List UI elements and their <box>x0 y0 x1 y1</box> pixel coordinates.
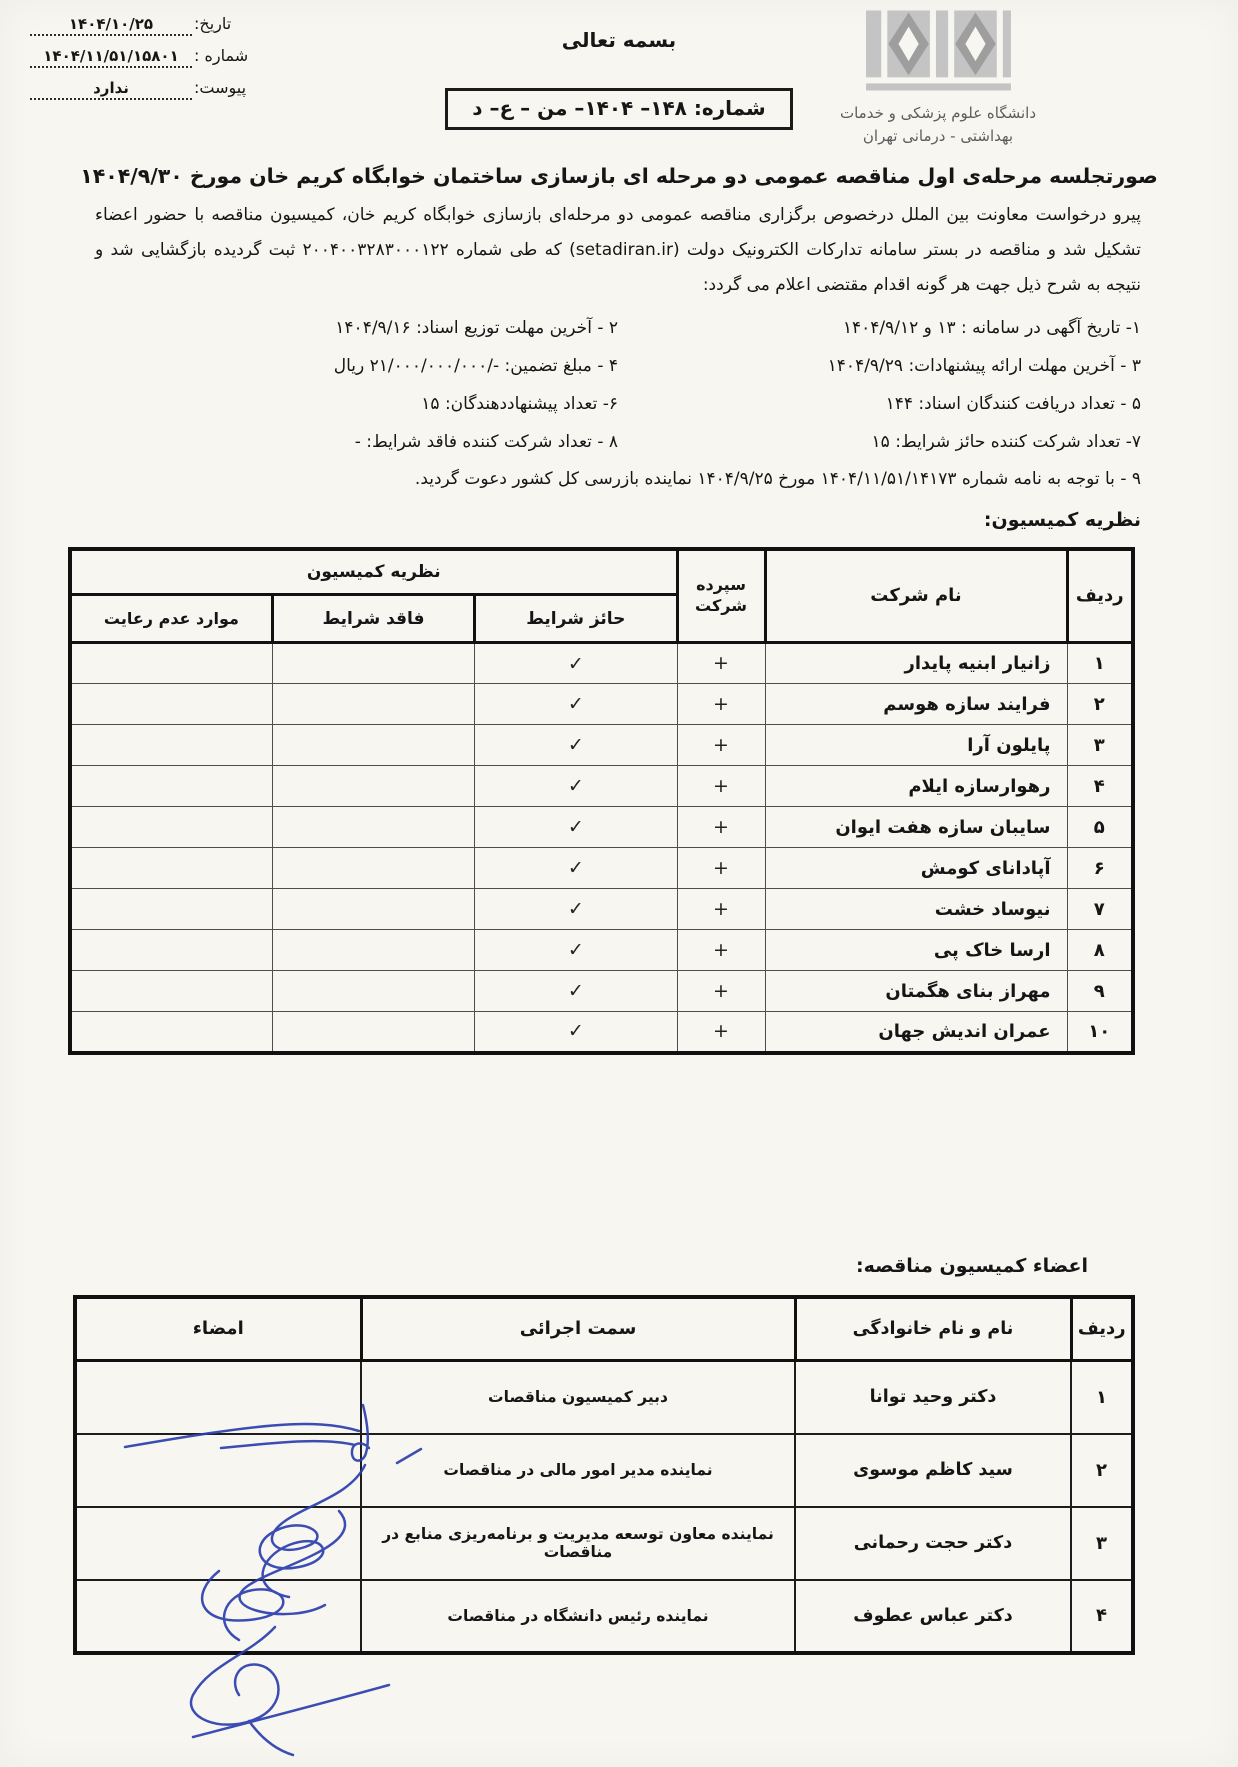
bidder-unqualified-mark <box>272 848 474 889</box>
member-row-number: ۲ <box>1071 1434 1133 1507</box>
bidder-company-name: زانیار ابنیه پایدار <box>765 643 1067 684</box>
header-deposit-line1: سپرده <box>696 575 746 594</box>
bidder-row-number: ۹ <box>1067 971 1133 1012</box>
tender-details-list: ۱- تاریخ آگهی در سامانه : ۱۳ و ۱۴۰۴/۹/۱۲… <box>95 309 1141 461</box>
bidder-row: ۱زانیار ابنیه پایدار+✓ <box>70 643 1133 684</box>
bidder-unqualified-mark <box>272 807 474 848</box>
tender-detail-item: ۴ - مبلغ تضمین: -/۲۱/۰۰۰/۰۰۰/۰۰۰ ریال <box>95 347 618 385</box>
bidder-qualified-mark: ✓ <box>475 930 677 971</box>
member-row: ۱دکتر وحید توانادبیر کمیسیون مناقصات <box>75 1361 1133 1434</box>
bidder-row-number: ۶ <box>1067 848 1133 889</box>
bidder-company-name: آپادانای کومش <box>765 848 1067 889</box>
header-qualified: حائز شرایط <box>475 595 677 643</box>
member-signature-cell <box>75 1361 361 1434</box>
bidder-deposit-mark: + <box>677 930 765 971</box>
tender-detail-item: ۸ - تعداد شرکت کننده فاقد شرایط: - <box>95 423 618 461</box>
member-role: نماینده مدیر امور مالی در مناقصات <box>361 1434 795 1507</box>
bidder-qualified-mark: ✓ <box>475 848 677 889</box>
bidder-row: ۶آپادانای کومش+✓ <box>70 848 1133 889</box>
bidder-unqualified-mark <box>272 1012 474 1053</box>
bidder-row-number: ۷ <box>1067 889 1133 930</box>
checkmark-icon: ✓ <box>568 693 584 715</box>
member-signature-cell <box>75 1507 361 1580</box>
tender-detail-note: ۹ - با توجه به نامه شماره ۱۴۰۴/۱۱/۵۱/۱۴۱… <box>95 463 1141 495</box>
checkmark-icon: ✓ <box>568 1020 584 1042</box>
member-signature-cell <box>75 1580 361 1653</box>
bidder-noncompliance-note <box>70 807 272 848</box>
scanned-document-page: دانشگاه علوم پزشکی و خدمات بهداشتی - درم… <box>0 0 1238 1767</box>
bidder-qualified-mark: ✓ <box>475 807 677 848</box>
checkmark-icon: ✓ <box>568 898 584 920</box>
bidder-company-name: سایبان سازه هفت ایوان <box>765 807 1067 848</box>
plus-mark-icon: + <box>713 693 729 715</box>
bidder-company-name: پایلون آرا <box>765 725 1067 766</box>
letterhead-field-value: ۱۴۰۴/۱۱/۵۱/۱۵۸۰۱ <box>30 47 192 68</box>
bidder-row: ۲فرایند سازه هوسم+✓ <box>70 684 1133 725</box>
bidder-qualified-mark: ✓ <box>475 1012 677 1053</box>
bidder-deposit-mark: + <box>677 848 765 889</box>
checkmark-icon: ✓ <box>568 653 584 675</box>
header-member-role: سمت اجرائی <box>361 1297 795 1361</box>
bidders-table-header: ردیف نام شرکت سپرده شرکت نظریه کمیسیون ح… <box>70 549 1133 643</box>
bidder-deposit-mark: + <box>677 684 765 725</box>
plus-mark-icon: + <box>713 734 729 756</box>
bidder-row: ۳پایلون آرا+✓ <box>70 725 1133 766</box>
bidder-unqualified-mark <box>272 725 474 766</box>
plus-mark-icon: + <box>713 939 729 961</box>
letterhead-field: شماره :۱۴۰۴/۱۱/۵۱/۱۵۸۰۱ <box>30 46 340 68</box>
members-table: ردیف نام و نام خانوادگی سمت اجرائی امضاء… <box>73 1295 1135 1655</box>
checkmark-icon: ✓ <box>568 816 584 838</box>
letterhead-fields: تاریخ:۱۴۰۴/۱۰/۲۵شماره :۱۴۰۴/۱۱/۵۱/۱۵۸۰۱پ… <box>30 14 340 110</box>
letterhead-field-label: تاریخ: <box>194 14 231 33</box>
bidder-deposit-mark: + <box>677 725 765 766</box>
bidder-row: ۹مهراز بنای هگمتان+✓ <box>70 971 1133 1012</box>
bidder-company-name: ارسا خاک پی <box>765 930 1067 971</box>
bidder-row: ۱۰عمران اندیش جهان+✓ <box>70 1012 1133 1053</box>
bismillah-text: بسمه تعالی <box>339 28 899 52</box>
letterhead: دانشگاه علوم پزشکی و خدمات بهداشتی - درم… <box>0 0 1238 158</box>
bidder-noncompliance-note <box>70 725 272 766</box>
bidder-row: ۸ارسا خاک پی+✓ <box>70 930 1133 971</box>
bidder-qualified-mark: ✓ <box>475 889 677 930</box>
bidder-qualified-mark: ✓ <box>475 725 677 766</box>
bidder-company-name: نیوساد خشت <box>765 889 1067 930</box>
bidder-noncompliance-note <box>70 971 272 1012</box>
bidder-row-number: ۸ <box>1067 930 1133 971</box>
bidder-deposit-mark: + <box>677 766 765 807</box>
header-noncompliance: موارد عدم رعایت <box>70 595 272 643</box>
bidder-noncompliance-note <box>70 766 272 807</box>
member-role: نماینده رئیس دانشگاه در مناقصات <box>361 1580 795 1653</box>
plus-mark-icon: + <box>713 857 729 879</box>
plus-mark-icon: + <box>713 1020 729 1042</box>
member-row: ۲سید کاظم موسوینماینده مدیر امور مالی در… <box>75 1434 1133 1507</box>
members-table-body: ۱دکتر وحید توانادبیر کمیسیون مناقصات۲سید… <box>75 1361 1133 1653</box>
bidder-qualified-mark: ✓ <box>475 684 677 725</box>
header-commission-opinion: نظریه کمیسیون <box>70 549 677 595</box>
member-row: ۳دکتر حجت رحمانینماینده معاون توسعه مدیر… <box>75 1507 1133 1580</box>
bidder-row-number: ۳ <box>1067 725 1133 766</box>
member-row-number: ۴ <box>1071 1580 1133 1653</box>
header-member-name: نام و نام خانوادگی <box>795 1297 1071 1361</box>
bidder-unqualified-mark <box>272 766 474 807</box>
header-company-name: نام شرکت <box>765 549 1067 643</box>
bidder-deposit-mark: + <box>677 889 765 930</box>
header-company-deposit: سپرده شرکت <box>677 549 765 643</box>
tender-detail-item: ۳ - آخرین مهلت ارائه پیشنهادات: ۱۴۰۴/۹/۲… <box>618 347 1141 385</box>
checkmark-icon: ✓ <box>568 980 584 1002</box>
letterhead-center: بسمه تعالی شماره: ۱۴۸– ۱۴۰۴– من – ع– د <box>339 28 899 130</box>
header-unqualified: فاقد شرایط <box>272 595 474 643</box>
commission-members-heading: اعضاء کمیسیون مناقصه: <box>0 1255 1088 1277</box>
plus-mark-icon: + <box>713 652 729 674</box>
letterhead-field: پیوست:ندارد <box>30 78 340 100</box>
bidder-company-name: مهراز بنای هگمتان <box>765 971 1067 1012</box>
bidder-unqualified-mark <box>272 889 474 930</box>
bidder-qualified-mark: ✓ <box>475 643 677 684</box>
letterhead-field-value: ۱۴۰۴/۱۰/۲۵ <box>30 15 192 36</box>
checkmark-icon: ✓ <box>568 775 584 797</box>
members-table-header: ردیف نام و نام خانوادگی سمت اجرائی امضاء <box>75 1297 1133 1361</box>
commission-opinion-heading: نظریه کمیسیون: <box>97 509 1141 531</box>
member-row-number: ۳ <box>1071 1507 1133 1580</box>
bidder-row-number: ۲ <box>1067 684 1133 725</box>
bidder-row: ۵سایبان سازه هفت ایوان+✓ <box>70 807 1133 848</box>
member-name: دکتر حجت رحمانی <box>795 1507 1071 1580</box>
tender-detail-item: ۲ - آخرین مهلت توزیع اسناد: ۱۴۰۴/۹/۱۶ <box>95 309 618 347</box>
intro-paragraph: پیرو درخواست معاونت بین الملل درخصوص برگ… <box>95 198 1141 303</box>
member-name: سید کاظم موسوی <box>795 1434 1071 1507</box>
bidder-row: ۷نیوساد خشت+✓ <box>70 889 1133 930</box>
bidder-deposit-mark: + <box>677 643 765 684</box>
bidder-row-number: ۱۰ <box>1067 1012 1133 1053</box>
member-signature-cell <box>75 1434 361 1507</box>
bidder-deposit-mark: + <box>677 807 765 848</box>
tender-detail-item: ۱- تاریخ آگهی در سامانه : ۱۳ و ۱۴۰۴/۹/۱۲ <box>618 309 1141 347</box>
bidder-unqualified-mark <box>272 643 474 684</box>
bidder-noncompliance-note <box>70 889 272 930</box>
member-role: نماینده معاون توسعه مدیریت و برنامه‌ریزی… <box>361 1507 795 1580</box>
member-name: دکتر عباس عطوف <box>795 1580 1071 1653</box>
checkmark-icon: ✓ <box>568 857 584 879</box>
bidder-row-number: ۱ <box>1067 643 1133 684</box>
plus-mark-icon: + <box>713 898 729 920</box>
checkmark-icon: ✓ <box>568 734 584 756</box>
letterhead-field: تاریخ:۱۴۰۴/۱۰/۲۵ <box>30 14 340 36</box>
bidder-company-name: فرایند سازه هوسم <box>765 684 1067 725</box>
tender-detail-item: ۵ - تعداد دریافت کنندگان اسناد: ۱۴۴ <box>618 385 1141 423</box>
bidder-qualified-mark: ✓ <box>475 971 677 1012</box>
plus-mark-icon: + <box>713 775 729 797</box>
bidder-unqualified-mark <box>272 684 474 725</box>
header-row-number: ردیف <box>1067 549 1133 643</box>
bidders-table: ردیف نام شرکت سپرده شرکت نظریه کمیسیون ح… <box>68 547 1135 1055</box>
bidder-noncompliance-note <box>70 1012 272 1053</box>
bidder-noncompliance-note <box>70 930 272 971</box>
bidder-qualified-mark: ✓ <box>475 766 677 807</box>
bidder-unqualified-mark <box>272 971 474 1012</box>
tender-detail-item: ۷- تعداد شرکت کننده حائز شرایط: ۱۵ <box>618 423 1141 461</box>
plus-mark-icon: + <box>713 816 729 838</box>
bidder-row-number: ۵ <box>1067 807 1133 848</box>
members-table-wrapper: ردیف نام و نام خانوادگی سمت اجرائی امضاء… <box>73 1295 1135 1655</box>
member-row: ۴دکتر عباس عطوفنماینده رئیس دانشگاه در م… <box>75 1580 1133 1653</box>
header-member-signature: امضاء <box>75 1297 361 1361</box>
reference-number-box: شماره: ۱۴۸– ۱۴۰۴– من – ع– د <box>445 88 792 130</box>
header-member-row-number: ردیف <box>1071 1297 1133 1361</box>
bidders-table-body: ۱زانیار ابنیه پایدار+✓۲فرایند سازه هوسم+… <box>70 643 1133 1053</box>
letterhead-field-label: شماره : <box>194 46 248 65</box>
header-deposit-line2: شرکت <box>695 596 747 615</box>
tender-detail-item: ۶- تعداد پیشنهاددهندگان: ۱۵ <box>95 385 618 423</box>
bidder-deposit-mark: + <box>677 971 765 1012</box>
bidder-noncompliance-note <box>70 684 272 725</box>
bidder-unqualified-mark <box>272 930 474 971</box>
bidder-company-name: عمران اندیش جهان <box>765 1012 1067 1053</box>
bidder-noncompliance-note <box>70 848 272 889</box>
bidder-row: ۴رهوارسازه ایلام+✓ <box>70 766 1133 807</box>
checkmark-icon: ✓ <box>568 939 584 961</box>
document-title: صورتجلسه مرحله‌ی اول مناقصه عمومی دو مرح… <box>42 164 1196 188</box>
member-name: دکتر وحید توانا <box>795 1361 1071 1434</box>
member-row-number: ۱ <box>1071 1361 1133 1434</box>
plus-mark-icon: + <box>713 980 729 1002</box>
bidder-company-name: رهوارسازه ایلام <box>765 766 1067 807</box>
bidder-row-number: ۴ <box>1067 766 1133 807</box>
letterhead-field-value: ندارد <box>30 79 192 100</box>
bidder-noncompliance-note <box>70 643 272 684</box>
letterhead-field-label: پیوست: <box>194 78 246 97</box>
bidder-deposit-mark: + <box>677 1012 765 1053</box>
member-role: دبیر کمیسیون مناقصات <box>361 1361 795 1434</box>
